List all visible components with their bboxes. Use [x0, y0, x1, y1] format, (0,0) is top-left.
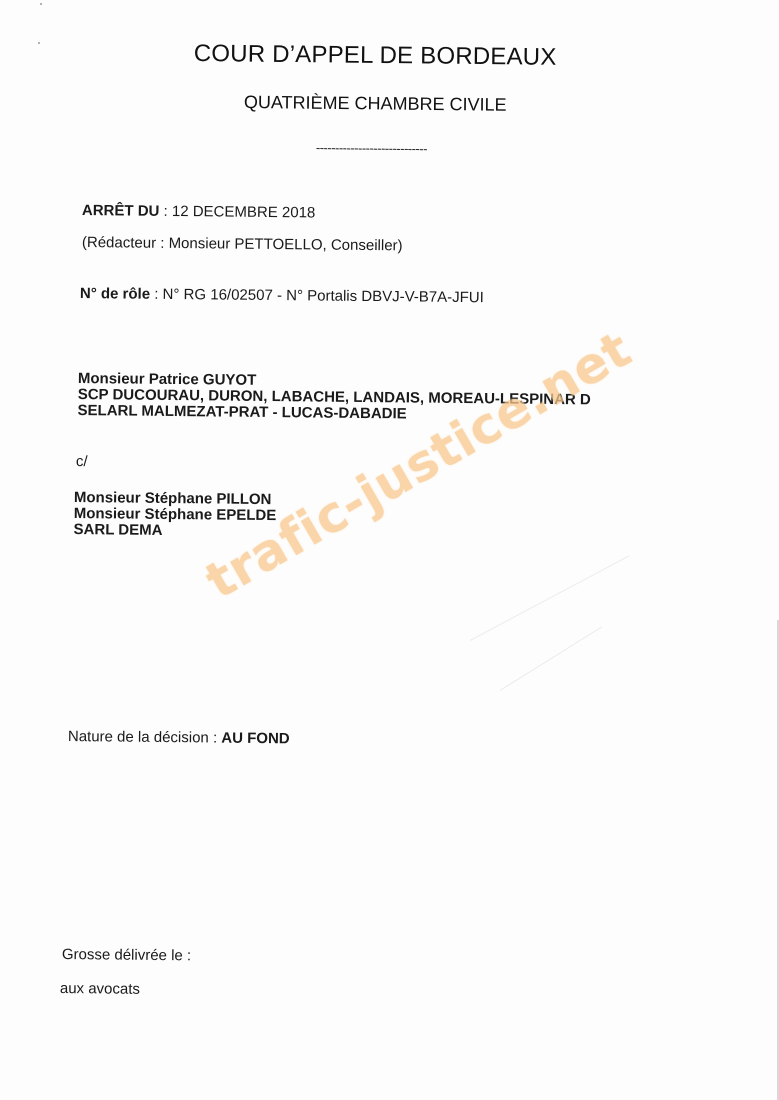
scan-speck	[38, 42, 40, 44]
nature-line: Nature de la décision : AU FOND	[68, 728, 290, 747]
nature-value: AU FOND	[221, 730, 290, 748]
watermark: trafic-justice.net	[196, 320, 641, 610]
versus-label: c/	[76, 453, 88, 470]
scan-speck	[40, 3, 42, 5]
redacteur-line: (Rédacteur : Monsieur PETTOELLO, Conseil…	[82, 234, 403, 254]
role-value: N° RG 16/02507 - N° Portalis DBVJ-V-B7A-…	[163, 286, 484, 306]
nature-colon: :	[209, 729, 222, 746]
document-page: COUR D’APPEL DE BORDEAUX QUATRIÈME CHAMB…	[0, 0, 779, 1100]
arret-date: 12 DECEMBRE 2018	[172, 203, 316, 222]
role-line: N° de rôle : N° RG 16/02507 - N° Portali…	[80, 285, 484, 306]
arret-line: ARRÊT DU : 12 DECEMBRE 2018	[82, 202, 316, 221]
arret-label: ARRÊT DU	[82, 202, 160, 220]
court-title: COUR D’APPEL DE BORDEAUX	[194, 40, 557, 72]
grosse-line: Grosse délivrée le :	[62, 946, 191, 964]
nature-label: Nature de la décision	[68, 728, 209, 746]
chamber-title: QUATRIÈME CHAMBRE CIVILE	[244, 92, 507, 116]
role-colon: :	[150, 286, 163, 303]
arret-colon: :	[159, 203, 172, 220]
scan-artifact	[470, 556, 629, 641]
separator: -----------------------------	[316, 140, 427, 156]
avocats-line: aux avocats	[60, 980, 140, 998]
scan-artifact	[500, 626, 602, 690]
role-label: N° de rôle	[80, 285, 150, 303]
